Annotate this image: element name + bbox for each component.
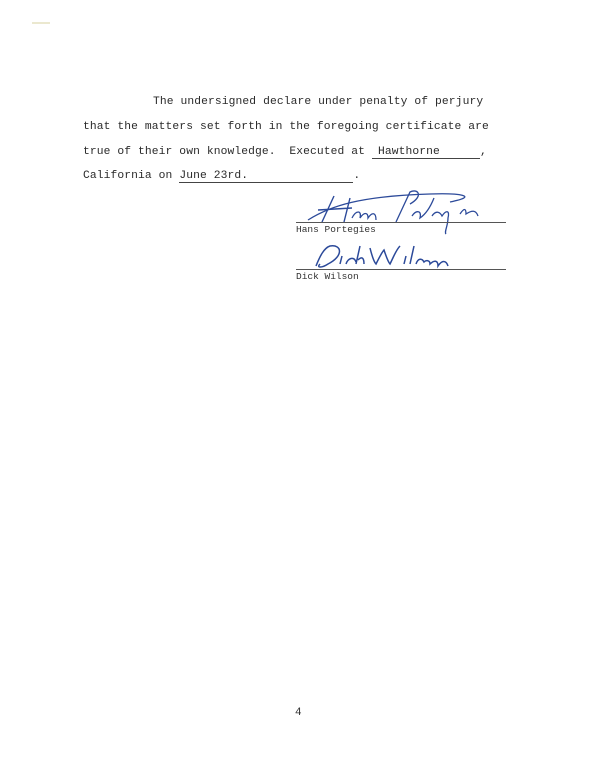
date-field: June 23rd. [179, 171, 353, 183]
scan-speck [32, 22, 50, 24]
paragraph-line-3: true of their own knowledge. Executed at… [83, 146, 487, 159]
signature-line-2 [296, 269, 506, 270]
paragraph-line-4: California on June 23rd.. [83, 170, 360, 183]
signature-dick-wilson [310, 242, 460, 272]
page-number: 4 [295, 707, 302, 719]
line-4-suffix: . [353, 170, 360, 182]
place-value: Hawthorne [372, 146, 440, 158]
line-4-prefix: California on [83, 170, 179, 182]
line-3-prefix: true of their own knowledge. Executed at [83, 146, 372, 158]
line-3-suffix: , [480, 146, 487, 158]
signer-name-1: Hans Portegies [296, 224, 376, 235]
place-field: Hawthorne [372, 147, 480, 159]
paragraph-line-1: The undersigned declare under penalty of… [153, 96, 483, 108]
date-value: June 23rd. [179, 170, 248, 182]
signer-name-2: Dick Wilson [296, 271, 359, 282]
signature-line-1 [296, 222, 506, 223]
paragraph-line-2: that the matters set forth in the forego… [83, 121, 489, 133]
